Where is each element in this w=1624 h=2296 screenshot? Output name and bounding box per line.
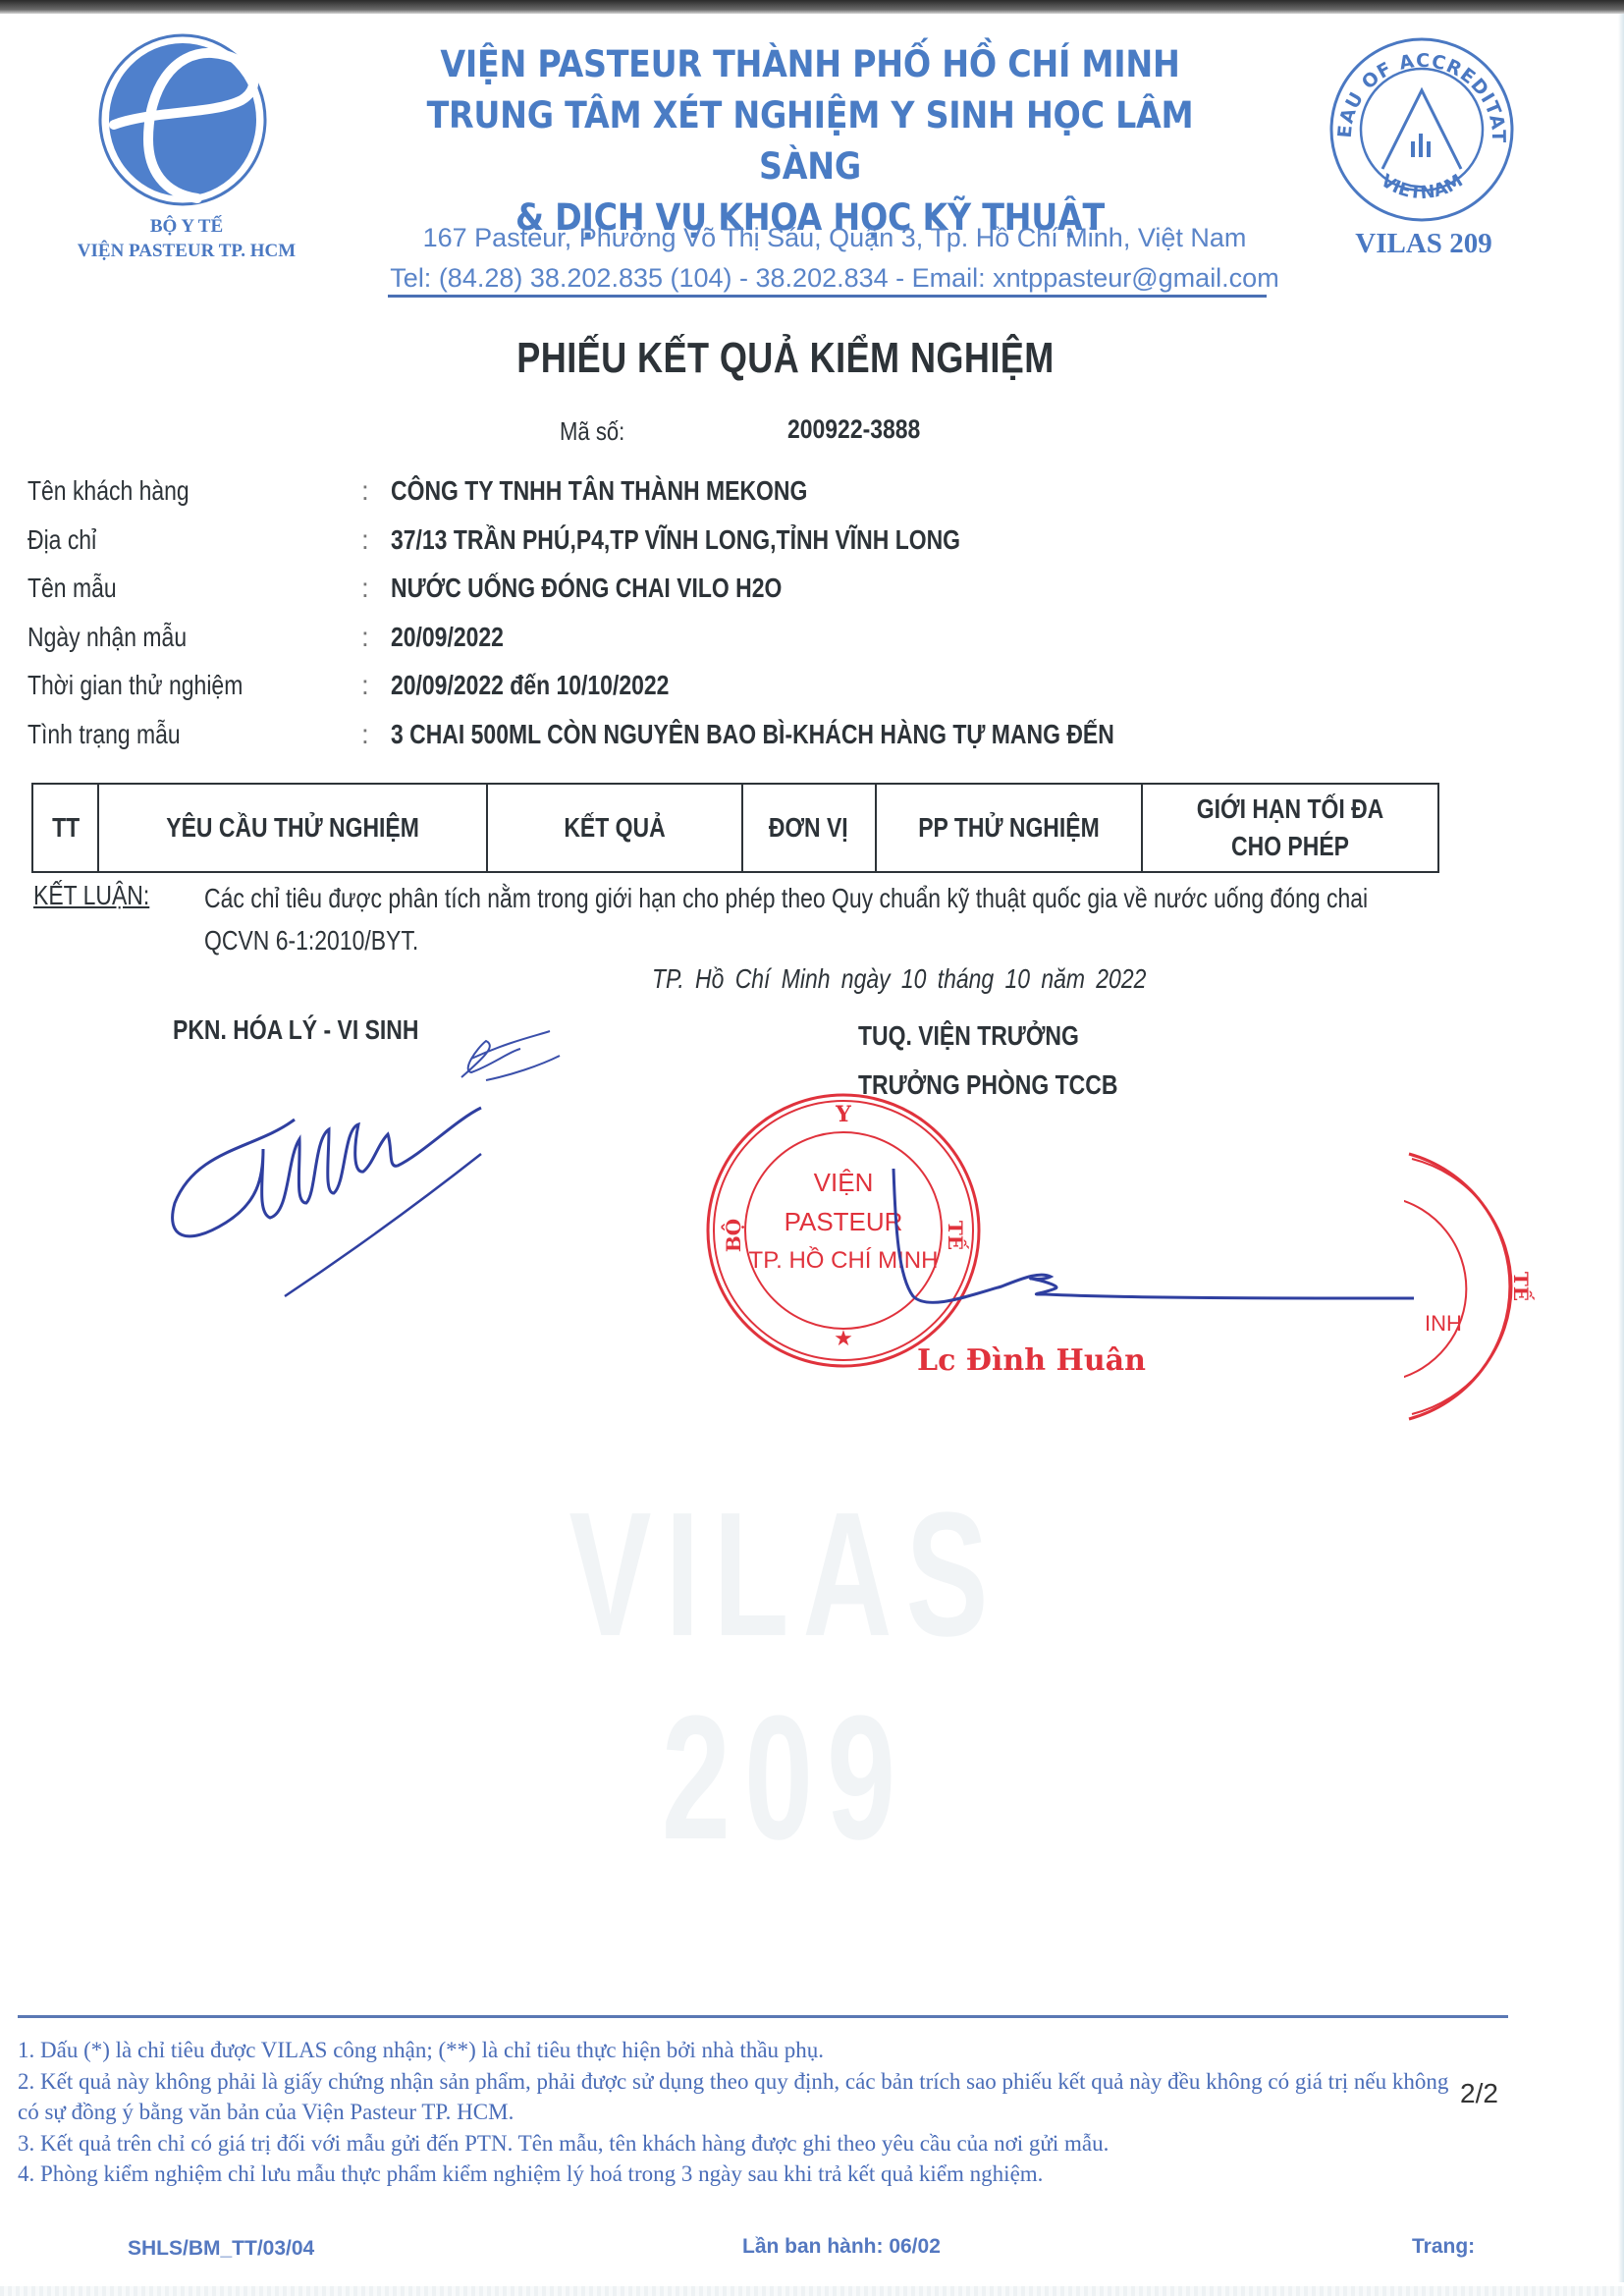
form-code: SHLS/BM_TT/03/04: [128, 2237, 314, 2261]
footer-divider: [18, 2015, 1508, 2018]
info-row-test-period: Thời gian thử nghiệm : 20/09/2022 đến 10…: [27, 670, 1500, 719]
title-line: TRUNG TÂM XÉT NGHIỆM Y SINH HỌC LÂM SÀNG: [373, 90, 1248, 192]
footnote: 2. Kết quả này không phải là giấy chứng …: [18, 2066, 1461, 2128]
partial-stamp-icon: TẾ INH: [1404, 1149, 1561, 1424]
col-header-method: PP THỬ NGHIỆM: [876, 784, 1142, 872]
info-value: 37/13 TRẦN PHÚ,P4,TP VĨNH LONG,TỈNH VĨNH…: [391, 524, 960, 556]
svg-text:TP. HỒ CHÍ MINH: TP. HỒ CHÍ MINH: [749, 1246, 939, 1274]
scan-right-edge: [1618, 14, 1624, 2282]
watermark: VILAS 209: [442, 1473, 1129, 1880]
footnotes: 1. Dấu (*) là chỉ tiêu được VILAS công n…: [18, 2035, 1510, 2190]
info-row-sample-name: Tên mẫu : NƯỚC UỐNG ĐÓNG CHAI VILO H2O: [27, 573, 1500, 622]
page-number: 2/2: [1460, 2078, 1498, 2109]
svg-text:TẾ: TẾ: [1509, 1272, 1536, 1301]
info-colon: :: [361, 524, 369, 556]
accreditation-seal-icon: BUREAU OF ACCREDITATION VIETNAM: [1324, 31, 1520, 228]
footnote: 1. Dấu (*) là chỉ tiêu được VILAS công n…: [18, 2035, 1510, 2066]
org-parent: BỘ Y TẾ: [29, 214, 344, 239]
svg-text:Y: Y: [835, 1102, 851, 1127]
footnote: 4. Phòng kiểm nghiệm chỉ lưu mẫu thực ph…: [18, 2159, 1510, 2190]
svg-text:BỘ: BỘ: [720, 1219, 745, 1252]
info-row-customer: Tên khách hàng : CÔNG TY TNHH TÂN THÀNH …: [27, 475, 1500, 524]
contact-info: Tel: (84.28) 38.202.835 (104) - 38.202.8…: [334, 258, 1335, 299]
col-header-test-request: YÊU CẦU THỬ NGHIỆM: [98, 784, 486, 872]
title-line: VIỆN PASTEUR THÀNH PHỐ HỒ CHÍ MINH: [373, 39, 1248, 90]
col-header-max-limit: GIỚI HẠN TỐI ĐA CHO PHÉP: [1142, 784, 1438, 872]
info-row-received-date: Ngày nhận mẫu : 20/09/2022: [27, 622, 1500, 671]
conclusion-text: Các chỉ tiêu được phân tích nằm trong gi…: [204, 877, 1436, 961]
svg-text:VIỆN: VIỆN: [814, 1168, 874, 1197]
code-value: 200922-3888: [787, 414, 920, 445]
svg-text:★: ★: [834, 1327, 853, 1351]
sample-info: Tên khách hàng : CÔNG TY TNHH TÂN THÀNH …: [27, 475, 1500, 767]
results-table: TT YÊU CẦU THỬ NGHIỆM KẾT QUẢ ĐƠN VỊ PP …: [31, 783, 1439, 873]
sign-date: TP. Hồ Chí Minh ngày 10 tháng 10 năm 202…: [652, 963, 1146, 995]
info-colon: :: [361, 719, 369, 750]
right-title-line: TUQ. VIỆN TRƯỞNG: [858, 1011, 1117, 1061]
header-divider: [388, 295, 1267, 298]
ministry-org: BỘ Y TẾ VIỆN PASTEUR TP. HCM: [29, 214, 344, 263]
info-label: Tình trạng mẫu: [27, 719, 181, 750]
scan-top-edge: [0, 0, 1624, 14]
info-value: NƯỚC UỐNG ĐÓNG CHAI VILO H2O: [391, 573, 782, 604]
info-label: Địa chỉ: [27, 524, 96, 556]
footnote: 3. Kết quả trên chỉ có giá trị đối với m…: [18, 2128, 1510, 2159]
info-colon: :: [361, 622, 369, 653]
svg-text:PASTEUR: PASTEUR: [785, 1207, 903, 1236]
info-label: Tên mẫu: [27, 573, 117, 604]
pasteur-logo-icon: [94, 31, 271, 208]
info-label: Ngày nhận mẫu: [27, 622, 187, 653]
info-value: 3 CHAI 500ML CÒN NGUYÊN BAO BÌ-KHÁCH HÀN…: [391, 719, 1114, 750]
svg-text:TẾ: TẾ: [944, 1221, 970, 1250]
table-header-row: TT YÊU CẦU THỬ NGHIỆM KẾT QUẢ ĐƠN VỊ PP …: [32, 784, 1438, 872]
info-colon: :: [361, 475, 369, 507]
signer-name: Lc Đình Huân: [917, 1343, 1146, 1378]
org-name: VIỆN PASTEUR TP. HCM: [29, 239, 344, 263]
svg-text:INH: INH: [1425, 1311, 1462, 1336]
institute-title: VIỆN PASTEUR THÀNH PHỐ HỒ CHÍ MINH TRUNG…: [373, 39, 1248, 244]
code-label: Mã số:: [560, 416, 624, 447]
col-header-unit: ĐƠN VỊ: [742, 784, 876, 872]
left-signer-title: PKN. HÓA LÝ - VI SINH: [173, 1014, 418, 1046]
address: 167 Pasteur, Phường Võ Thị Sáu, Quận 3, …: [334, 218, 1335, 258]
institute-contact: 167 Pasteur, Phường Võ Thị Sáu, Quận 3, …: [334, 218, 1335, 299]
info-label: Tên khách hàng: [27, 475, 189, 507]
info-value: 20/09/2022 đến 10/10/2022: [391, 670, 669, 701]
info-label: Thời gian thử nghiệm: [27, 670, 243, 701]
conclusion-label: KẾT LUẬN:: [33, 880, 149, 911]
page-label: Trang:: [1412, 2235, 1475, 2259]
document-title: PHIẾU KẾT QUẢ KIỂM NGHIỆM: [383, 334, 1188, 383]
info-colon: :: [361, 670, 369, 701]
col-header-tt: TT: [32, 784, 98, 872]
info-colon: :: [361, 573, 369, 604]
info-row-sample-condition: Tình trạng mẫu : 3 CHAI 500ML CÒN NGUYÊN…: [27, 719, 1500, 768]
official-stamp-icon: Y BỘ TẾ VIỆN PASTEUR TP. HỒ CHÍ MINH ★: [701, 1088, 986, 1373]
info-value: CÔNG TY TNHH TÂN THÀNH MEKONG: [391, 475, 807, 507]
scan-bottom-edge: [0, 2286, 1624, 2296]
issue-number: Lần ban hành: 06/02: [742, 2235, 941, 2259]
vilas-label: VILAS 209: [1316, 228, 1532, 260]
info-value: 20/09/2022: [391, 622, 504, 653]
col-header-result: KẾT QUẢ: [487, 784, 742, 872]
svg-text:VIETNAM: VIETNAM: [1377, 171, 1466, 204]
info-row-address: Địa chỉ : 37/13 TRẦN PHÚ,P4,TP VĨNH LONG…: [27, 524, 1500, 574]
